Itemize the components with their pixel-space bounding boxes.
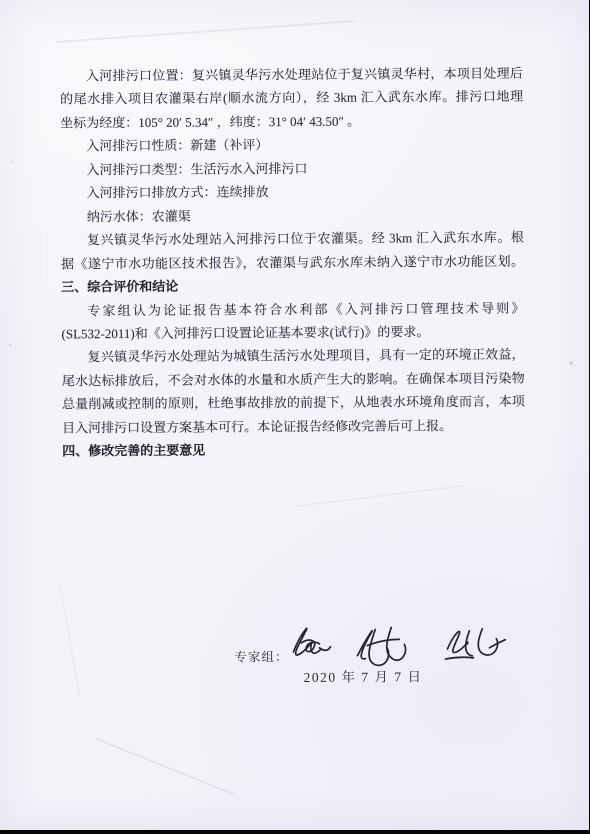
text-line: 入河排污口性质：新建（补评） (60, 132, 523, 158)
text-line: 入河排污口排放方式：连续排放 (61, 179, 524, 205)
text-line: 的尾水排入项目农灌渠右岸(顺水流方向），经 3km 汇入武东水库。排污口地理 (60, 85, 523, 111)
text-line: 目入河排污口设置方案基本可行。本论证报告经修改完善后可上报。 (62, 413, 525, 439)
text-line: 尾水达标排放后，不会对水体的水量和水质产生大的影响。在确保本项目污染物 (62, 366, 525, 392)
signature-1 (293, 628, 330, 655)
document-content: 入河排污口位置：复兴镇灵华污水处理站位于复兴镇灵华村，本项目处理后 的尾水排入项… (0, 0, 590, 832)
document-body: 入河排污口位置：复兴镇灵华污水处理站位于复兴镇灵华村，本项目处理后 的尾水排入项… (60, 62, 525, 464)
paper-sheet: 入河排污口位置：复兴镇灵华污水处理站位于复兴镇灵华村，本项目处理后 的尾水排入项… (0, 0, 589, 830)
text-line: 复兴镇灵华污水处理站入河排污口位于农灌渠。经 3km 汇入武东水库。根 (61, 226, 524, 252)
signature-3 (445, 629, 505, 659)
text-line: 纳污水体：农灌渠 (61, 202, 524, 228)
text-line: 坐标为经度：105° 20′ 5.34″ ，纬度：31° 04′ 43.50″ … (60, 109, 523, 135)
text-line: 入河排污口类型：生活污水入河排污口 (60, 155, 523, 181)
text-line: (SL532-2011)和《入河排污口设置论证基本要求(试行)》的要求。 (61, 320, 524, 346)
section-heading-3: 三、综合评价和结论 (61, 273, 524, 299)
text-line: 复兴镇灵华污水处理站为城镇生活污水处理项目，具有一定的环境正效益， (62, 343, 525, 369)
text-line: 据《遂宁市水功能区技术报告》，农灌渠与武东水库未纳入遂宁市水功能区划。 (61, 249, 524, 275)
text-line: 总量削减或控制的原则，杜绝事故排放的前提下，从地表水环境角度而言，本项 (62, 390, 525, 416)
date: 2020 年 7 月 7 日 (304, 665, 423, 686)
signature-2 (357, 627, 405, 665)
section-heading-4: 四、修改完善的主要意见 (62, 437, 525, 463)
scanned-document-page: 入河排污口位置：复兴镇灵华污水处理站位于复兴镇灵华村，本项目处理后 的尾水排入项… (0, 0, 590, 834)
text-line: 专家组认为论证报告基本符合水利部《入河排污口管理技术导则》 (61, 296, 524, 322)
text-line: 入河排污口位置：复兴镇灵华污水处理站位于复兴镇灵华村，本项目处理后 (60, 62, 523, 88)
